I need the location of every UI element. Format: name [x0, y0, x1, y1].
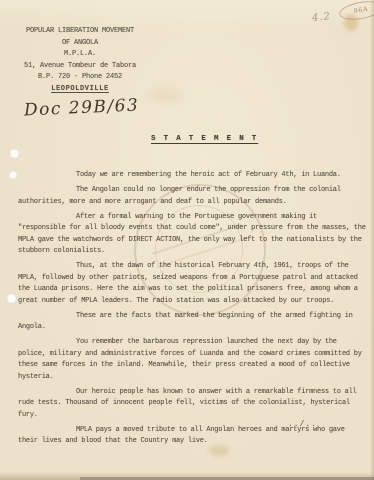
org-name-line2: OF ANGOLA [12, 38, 148, 50]
letterhead: POPULAR LIBERATION MOVEMENT OF ANGOLA M.… [12, 26, 148, 96]
paragraph: You remember the barbarous repression la… [18, 337, 366, 383]
punch-hole [9, 148, 20, 159]
document-body: Today we are remembering the heroic act … [18, 170, 366, 451]
paragraph: Today we are remembering the heroic act … [18, 170, 366, 182]
org-address: 51, Avenue Tombeur de Tabora [12, 61, 148, 73]
paragraph: Thus, at the dawn of the historical Febr… [18, 261, 366, 307]
handwritten-doc-ref: Doc 29B/63 [24, 95, 140, 120]
org-po-phone: B.P. 720 - Phone 2452 [12, 72, 148, 84]
corner-archive-stamp: 96A [338, 0, 374, 23]
paragraph: These are the facts that marked the begi… [18, 311, 366, 334]
org-city: LEOPOLDVILLE [12, 84, 148, 96]
paragraph: After a formal warning to the Portuguese… [18, 212, 366, 258]
punch-hole [6, 293, 17, 304]
scanned-document-page: POPULAR LIBERATION MOVEMENT OF ANGOLA M.… [0, 0, 374, 480]
scan-edge-right [370, 0, 374, 480]
org-acronym: M.P.L.A. [12, 49, 148, 61]
paragraph: Our heroic people has known to answer wi… [18, 387, 366, 422]
paragraph: The Angolan could no longer endure the o… [18, 185, 366, 208]
paper-stain [148, 88, 182, 103]
pencil-page-number: 4.2 [312, 11, 332, 24]
continuation-mark: ../.. [288, 420, 317, 429]
document-title: S T A T E M E N T [151, 135, 258, 143]
org-name-line1: POPULAR LIBERATION MOVEMENT [12, 26, 148, 38]
punch-hole [8, 170, 18, 180]
